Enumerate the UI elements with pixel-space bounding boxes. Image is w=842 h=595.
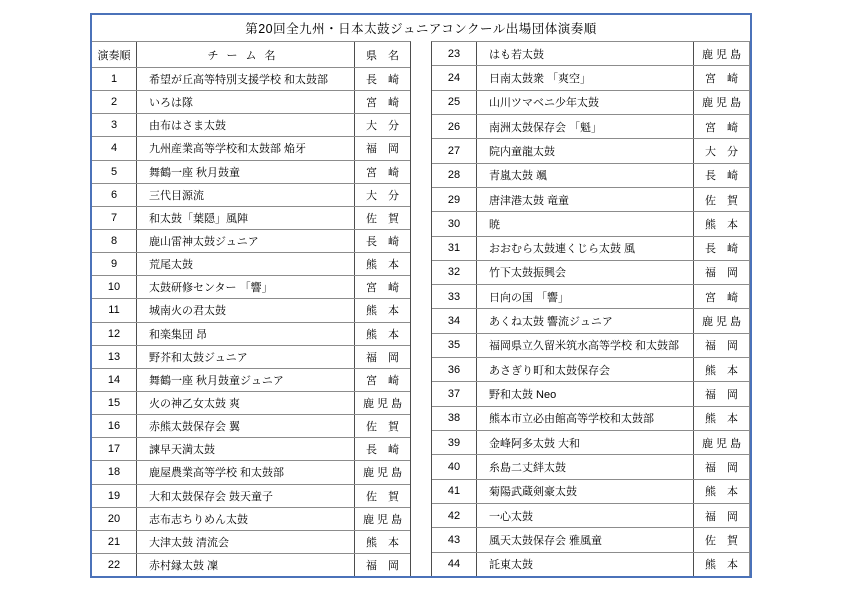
order-cell: 2	[92, 91, 137, 113]
prefecture-cell: 鹿 児 島	[355, 392, 410, 414]
order-cell: 31	[432, 237, 477, 260]
team-name-cell: 野芥和太鼓ジュニア	[137, 346, 355, 368]
team-name-cell: はも若太鼓	[477, 42, 694, 65]
table-row: 32竹下太鼓振興会福 岡	[432, 261, 749, 285]
prefecture-cell: 宮 崎	[355, 276, 410, 298]
table-row: 37野和太鼓 Neo福 岡	[432, 382, 749, 406]
team-name-cell: 由布はさま太鼓	[137, 114, 355, 136]
order-cell: 6	[92, 184, 137, 206]
header-prefecture: 県 名	[355, 42, 410, 67]
team-name-cell: 九州産業高等学校和太鼓部 焔牙	[137, 137, 355, 159]
prefecture-cell: 鹿 児 島	[694, 42, 749, 65]
team-name-cell: 暁	[477, 212, 694, 235]
order-cell: 26	[432, 115, 477, 138]
table-row: 42一心太鼓福 岡	[432, 504, 749, 528]
order-cell: 16	[92, 415, 137, 437]
team-name-cell: 院内童龍太鼓	[477, 139, 694, 162]
order-cell: 27	[432, 139, 477, 162]
team-name-cell: 大津太鼓 清流会	[137, 531, 355, 553]
order-cell: 3	[92, 114, 137, 136]
team-name-cell: いろは隊	[137, 91, 355, 113]
table-row: 7和太鼓「葉隠」風陣佐 賀	[92, 207, 410, 230]
order-cell: 18	[92, 461, 137, 483]
order-cell: 9	[92, 253, 137, 275]
table-row: 12和楽集団 昂熊 本	[92, 323, 410, 346]
table-row: 25山川ツマベニ少年太鼓鹿 児 島	[432, 91, 749, 115]
team-name-cell: 赤村縁太鼓 凜	[137, 554, 355, 576]
table-row: 38熊本市立必由館高等学校和太鼓部熊 本	[432, 407, 749, 431]
prefecture-cell: 佐 賀	[694, 528, 749, 551]
team-name-cell: 城南火の君太鼓	[137, 299, 355, 321]
prefecture-cell: 佐 賀	[355, 207, 410, 229]
team-name-cell: 風天太鼓保存会 雅風童	[477, 528, 694, 551]
prefecture-cell: 熊 本	[694, 407, 749, 430]
table-row: 21大津太鼓 清流会熊 本	[92, 531, 410, 554]
prefecture-cell: 熊 本	[355, 253, 410, 275]
prefecture-cell: 福 岡	[355, 137, 410, 159]
prefecture-cell: 大 分	[355, 114, 410, 136]
order-cell: 10	[92, 276, 137, 298]
prefecture-cell: 熊 本	[355, 531, 410, 553]
order-cell: 19	[92, 485, 137, 507]
order-cell: 33	[432, 285, 477, 308]
team-name-cell: あくね太鼓 響流ジュニア	[477, 309, 694, 332]
team-name-cell: 鹿山雷神太鼓ジュニア	[137, 230, 355, 252]
order-cell: 29	[432, 188, 477, 211]
team-name-cell: 山川ツマベニ少年太鼓	[477, 91, 694, 114]
prefecture-cell: 宮 崎	[694, 285, 749, 308]
order-cell: 39	[432, 431, 477, 454]
table-row: 16赤熊太鼓保存会 翼佐 賀	[92, 415, 410, 438]
order-cell: 5	[92, 161, 137, 183]
order-cell: 14	[92, 369, 137, 391]
team-name-cell: 舞鶴一座 秋月鼓童	[137, 161, 355, 183]
prefecture-cell: 長 崎	[355, 68, 410, 90]
table-row: 9荒尾太鼓熊 本	[92, 253, 410, 276]
table-row: 6三代目源流大 分	[92, 184, 410, 207]
performance-table-left: 演奏順 チーム名 県 名 1希望が丘高等特別支援学校 和太鼓部長 崎2いろは隊宮…	[92, 41, 411, 576]
table-row: 31おおむら太鼓連くじら太鼓 風長 崎	[432, 237, 749, 261]
order-cell: 17	[92, 438, 137, 460]
prefecture-cell: 長 崎	[355, 230, 410, 252]
team-name-cell: 火の神乙女太鼓 爽	[137, 392, 355, 414]
order-cell: 34	[432, 309, 477, 332]
prefecture-cell: 長 崎	[355, 438, 410, 460]
prefecture-cell: 福 岡	[355, 346, 410, 368]
table-row: 2いろは隊宮 崎	[92, 91, 410, 114]
prefecture-cell: 宮 崎	[355, 161, 410, 183]
order-cell: 35	[432, 334, 477, 357]
order-cell: 36	[432, 358, 477, 381]
team-name-cell: 三代目源流	[137, 184, 355, 206]
order-cell: 40	[432, 455, 477, 478]
prefecture-cell: 福 岡	[355, 554, 410, 576]
team-name-cell: 糸島二丈絆太鼓	[477, 455, 694, 478]
team-name-cell: 大和太鼓保存会 鼓天童子	[137, 485, 355, 507]
prefecture-cell: 鹿 児 島	[355, 461, 410, 483]
order-cell: 42	[432, 504, 477, 527]
order-cell: 21	[92, 531, 137, 553]
table-row: 30暁熊 本	[432, 212, 749, 236]
table-row: 35福岡県立久留米筑水高等学校 和太鼓部福 岡	[432, 334, 749, 358]
header-team-name: チーム名	[137, 42, 355, 67]
prefecture-cell: 福 岡	[694, 261, 749, 284]
prefecture-cell: 熊 本	[355, 299, 410, 321]
table-row: 4九州産業高等学校和太鼓部 焔牙福 岡	[92, 137, 410, 160]
table-row: 20志布志ちりめん太鼓鹿 児 島	[92, 508, 410, 531]
table-row: 14舞鶴一座 秋月鼓童ジュニア宮 崎	[92, 369, 410, 392]
table-row: 40糸島二丈絆太鼓福 岡	[432, 455, 749, 479]
table-row: 26南洲太鼓保存会 「魁」宮 崎	[432, 115, 749, 139]
order-cell: 11	[92, 299, 137, 321]
table-row: 43風天太鼓保存会 雅風童佐 賀	[432, 528, 749, 552]
prefecture-cell: 佐 賀	[694, 188, 749, 211]
order-cell: 41	[432, 480, 477, 503]
prefecture-cell: 福 岡	[694, 334, 749, 357]
team-name-cell: 鹿屋農業高等学校 和太鼓部	[137, 461, 355, 483]
order-cell: 7	[92, 207, 137, 229]
performance-order-sheet: 第20回全九州・日本太鼓ジュニアコンクール出場団体演奏順 演奏順 チーム名 県 …	[90, 13, 752, 578]
table-row: 17諫早天満太鼓長 崎	[92, 438, 410, 461]
tables-area: 演奏順 チーム名 県 名 1希望が丘高等特別支援学校 和太鼓部長 崎2いろは隊宮…	[92, 41, 750, 576]
table-row: 41菊陽武蔵剣豪太鼓熊 本	[432, 480, 749, 504]
prefecture-cell: 大 分	[355, 184, 410, 206]
order-cell: 32	[432, 261, 477, 284]
prefecture-cell: 大 分	[694, 139, 749, 162]
table-row: 22赤村縁太鼓 凜福 岡	[92, 554, 410, 576]
table-row: 39金峰阿多太鼓 大和鹿 児 島	[432, 431, 749, 455]
team-name-cell: 竹下太鼓振興会	[477, 261, 694, 284]
prefecture-cell: 鹿 児 島	[694, 91, 749, 114]
table-row: 19大和太鼓保存会 鼓天童子佐 賀	[92, 485, 410, 508]
prefecture-cell: 熊 本	[694, 480, 749, 503]
team-name-cell: 福岡県立久留米筑水高等学校 和太鼓部	[477, 334, 694, 357]
table-row: 8鹿山雷神太鼓ジュニア長 崎	[92, 230, 410, 253]
prefecture-cell: 鹿 児 島	[694, 431, 749, 454]
page-title: 第20回全九州・日本太鼓ジュニアコンクール出場団体演奏順	[92, 15, 750, 41]
team-name-cell: 和太鼓「葉隠」風陣	[137, 207, 355, 229]
team-name-cell: おおむら太鼓連くじら太鼓 風	[477, 237, 694, 260]
order-cell: 15	[92, 392, 137, 414]
table-row: 23はも若太鼓鹿 児 島	[432, 42, 749, 66]
order-cell: 4	[92, 137, 137, 159]
prefecture-cell: 鹿 児 島	[694, 309, 749, 332]
team-name-cell: 赤熊太鼓保存会 翼	[137, 415, 355, 437]
team-name-cell: 一心太鼓	[477, 504, 694, 527]
order-cell: 44	[432, 553, 477, 576]
prefecture-cell: 佐 賀	[355, 485, 410, 507]
prefecture-cell: 熊 本	[694, 212, 749, 235]
table-gap	[411, 41, 431, 576]
order-cell: 8	[92, 230, 137, 252]
prefecture-cell: 福 岡	[694, 382, 749, 405]
table-row: 11城南火の君太鼓熊 本	[92, 299, 410, 322]
prefecture-cell: 長 崎	[694, 164, 749, 187]
team-name-cell: 諫早天満太鼓	[137, 438, 355, 460]
prefecture-cell: 熊 本	[694, 358, 749, 381]
performance-table-right: 23はも若太鼓鹿 児 島24日南太鼓衆 「爽空」宮 崎25山川ツマベニ少年太鼓鹿…	[431, 41, 750, 576]
prefecture-cell: 長 崎	[694, 237, 749, 260]
team-name-cell: 熊本市立必由館高等学校和太鼓部	[477, 407, 694, 430]
order-cell: 30	[432, 212, 477, 235]
prefecture-cell: 宮 崎	[355, 369, 410, 391]
table-row: 13野芥和太鼓ジュニア福 岡	[92, 346, 410, 369]
table-row: 15火の神乙女太鼓 爽鹿 児 島	[92, 392, 410, 415]
order-cell: 22	[92, 554, 137, 576]
order-cell: 24	[432, 66, 477, 89]
order-cell: 28	[432, 164, 477, 187]
order-cell: 37	[432, 382, 477, 405]
table-row: 33日向の国 「響」宮 崎	[432, 285, 749, 309]
team-name-cell: 菊陽武蔵剣豪太鼓	[477, 480, 694, 503]
team-name-cell: 南洲太鼓保存会 「魁」	[477, 115, 694, 138]
team-name-cell: 野和太鼓 Neo	[477, 382, 694, 405]
order-cell: 23	[432, 42, 477, 65]
team-name-cell: 青嵐太鼓 颯	[477, 164, 694, 187]
table-row: 36あさぎり町和太鼓保存会熊 本	[432, 358, 749, 382]
table-row: 5舞鶴一座 秋月鼓童宮 崎	[92, 161, 410, 184]
prefecture-cell: 宮 崎	[694, 115, 749, 138]
team-name-cell: 舞鶴一座 秋月鼓童ジュニア	[137, 369, 355, 391]
team-name-cell: 希望が丘高等特別支援学校 和太鼓部	[137, 68, 355, 90]
table-row: 3由布はさま太鼓大 分	[92, 114, 410, 137]
team-name-cell: 志布志ちりめん太鼓	[137, 508, 355, 530]
table-row: 28青嵐太鼓 颯長 崎	[432, 164, 749, 188]
table-row: 10太鼓研修センター 「響」宮 崎	[92, 276, 410, 299]
table-row: 18鹿屋農業高等学校 和太鼓部鹿 児 島	[92, 461, 410, 484]
team-name-cell: 託東太鼓	[477, 553, 694, 576]
prefecture-cell: 福 岡	[694, 504, 749, 527]
order-cell: 25	[432, 91, 477, 114]
prefecture-cell: 熊 本	[355, 323, 410, 345]
prefecture-cell: 熊 本	[694, 553, 749, 576]
table-row: 44託東太鼓熊 本	[432, 553, 749, 576]
table-row: 27院内童龍太鼓大 分	[432, 139, 749, 163]
order-cell: 1	[92, 68, 137, 90]
prefecture-cell: 宮 崎	[694, 66, 749, 89]
prefecture-cell: 佐 賀	[355, 415, 410, 437]
order-cell: 13	[92, 346, 137, 368]
team-name-cell: 日向の国 「響」	[477, 285, 694, 308]
order-cell: 38	[432, 407, 477, 430]
team-name-cell: 日南太鼓衆 「爽空」	[477, 66, 694, 89]
order-cell: 43	[432, 528, 477, 551]
team-name-cell: 和楽集団 昂	[137, 323, 355, 345]
order-cell: 12	[92, 323, 137, 345]
team-name-cell: 太鼓研修センター 「響」	[137, 276, 355, 298]
prefecture-cell: 福 岡	[694, 455, 749, 478]
order-cell: 20	[92, 508, 137, 530]
team-name-cell: あさぎり町和太鼓保存会	[477, 358, 694, 381]
table-row: 34あくね太鼓 響流ジュニア鹿 児 島	[432, 309, 749, 333]
team-name-cell: 金峰阿多太鼓 大和	[477, 431, 694, 454]
table-header-row: 演奏順 チーム名 県 名	[92, 42, 410, 68]
table-row: 24日南太鼓衆 「爽空」宮 崎	[432, 66, 749, 90]
team-name-cell: 荒尾太鼓	[137, 253, 355, 275]
table-row: 1希望が丘高等特別支援学校 和太鼓部長 崎	[92, 68, 410, 91]
table-row: 29唐津港太鼓 竜童佐 賀	[432, 188, 749, 212]
prefecture-cell: 鹿 児 島	[355, 508, 410, 530]
prefecture-cell: 宮 崎	[355, 91, 410, 113]
team-name-cell: 唐津港太鼓 竜童	[477, 188, 694, 211]
header-order: 演奏順	[92, 42, 137, 67]
